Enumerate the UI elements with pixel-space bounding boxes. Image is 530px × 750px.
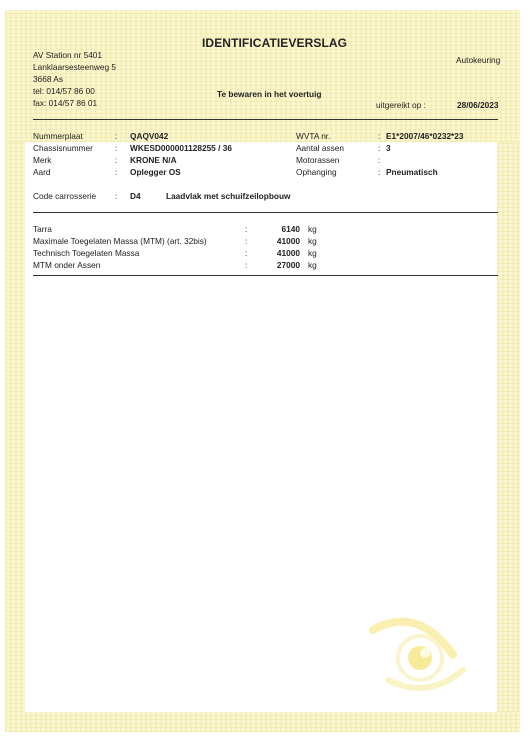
separator: :: [115, 143, 117, 153]
department: Autokeuring: [456, 55, 500, 65]
field-label: Chassisnummer: [33, 143, 93, 153]
issued-label: uitgereikt op :: [376, 100, 426, 110]
separator: :: [378, 155, 380, 165]
keep-in-vehicle-note: Te bewaren in het voertuig: [217, 89, 322, 99]
station-tel: tel: 014/57 86 00: [33, 86, 95, 96]
unit: kg: [308, 248, 317, 258]
mass-label: MTM onder Assen: [33, 260, 100, 270]
separator: :: [245, 224, 247, 234]
unit: kg: [308, 236, 317, 246]
chassis-number-value: WKESD000001128255 / 36: [130, 143, 232, 153]
divider: [33, 212, 498, 213]
separator: :: [245, 260, 247, 270]
field-label: Aard: [33, 167, 51, 177]
separator: :: [378, 167, 380, 177]
unit: kg: [308, 224, 317, 234]
body-code-value: D4: [130, 191, 141, 201]
field-label: Merk: [33, 155, 51, 165]
technical-mass-value: 41000: [250, 248, 300, 258]
suspension-value: Pneumatisch: [386, 167, 438, 177]
separator: :: [115, 155, 117, 165]
station-name: AV Station nr 5401: [33, 50, 102, 60]
wvta-value: E1*2007/46*0232*23: [386, 131, 464, 141]
license-plate-value: QAQV042: [130, 131, 168, 141]
body-description-value: Laadvlak met schuifzeilopbouw: [166, 191, 290, 201]
divider: [33, 275, 498, 276]
separator: :: [378, 131, 380, 141]
separator: :: [115, 131, 117, 141]
separator: :: [245, 248, 247, 258]
station-street: Lanklaarsesteenweg 5: [33, 62, 116, 72]
mass-label: Technisch Toegelaten Massa: [33, 248, 139, 258]
tare-value: 6140: [250, 224, 300, 234]
mass-label: Maximale Toegelaten Massa (MTM) (art. 32…: [33, 236, 207, 246]
unit: kg: [308, 260, 317, 270]
axles-value: 3: [386, 143, 391, 153]
mass-label: Tarra: [33, 224, 52, 234]
station-fax: fax: 014/57 86 01: [33, 98, 97, 108]
divider: [33, 119, 498, 120]
identification-report: IDENTIFICATIEVERSLAG AV Station nr 5401 …: [0, 0, 530, 750]
separator: :: [245, 236, 247, 246]
issued-date: 28/06/2023: [457, 100, 499, 110]
document-title: IDENTIFICATIEVERSLAG: [202, 36, 347, 50]
separator: :: [378, 143, 380, 153]
axle-mass-value: 27000: [250, 260, 300, 270]
separator: :: [115, 191, 117, 201]
field-label: Motorassen: [296, 155, 339, 165]
field-label: Aantal assen: [296, 143, 344, 153]
brand-value: KRONE N/A: [130, 155, 177, 165]
mtm-value: 41000: [250, 236, 300, 246]
field-label: Code carrosserie: [33, 191, 96, 201]
field-label: WVTA nr.: [296, 131, 330, 141]
field-label: Ophanging: [296, 167, 337, 177]
type-value: Oplegger OS: [130, 167, 181, 177]
separator: :: [115, 167, 117, 177]
station-city: 3668 As: [33, 74, 63, 84]
field-label: Nummerplaat: [33, 131, 83, 141]
